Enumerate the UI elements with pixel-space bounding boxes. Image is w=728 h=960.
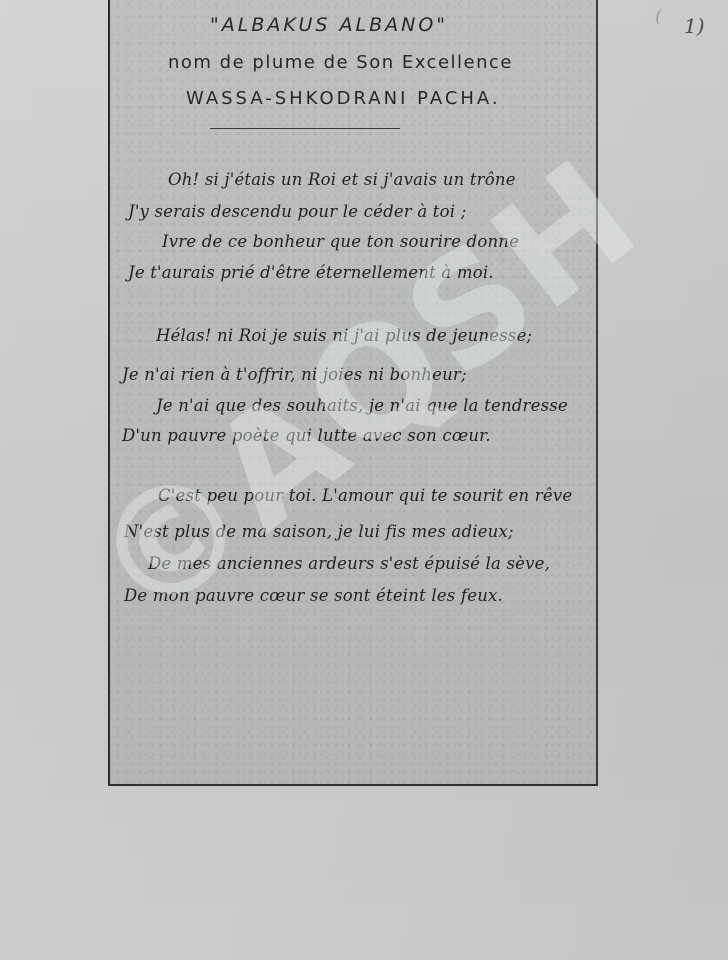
page-number: 1) bbox=[684, 14, 705, 38]
poem-line: D'un pauvre poète qui lutte avec son cœu… bbox=[122, 426, 491, 445]
poem-line: Je n'ai que des souhaits, je n'ai que la… bbox=[156, 396, 568, 415]
poem-line: Hélas! ni Roi je suis ni j'ai plus de je… bbox=[156, 326, 532, 345]
document-subtitle: nom de plume de Son Excellence bbox=[168, 52, 513, 73]
poem-line: N'est plus de ma saison, je lui fis mes … bbox=[124, 522, 514, 541]
poem-line: Je t'aurais prié d'être éternellement à … bbox=[128, 263, 494, 282]
document-title: "ALBAKUS ALBANO" bbox=[210, 14, 448, 36]
poem-line: De mes anciennes ardeurs s'est épuisé la… bbox=[148, 554, 550, 573]
poem-line: J'y serais descendu pour le céder à toi … bbox=[128, 202, 466, 221]
poem-line: C'est peu pour toi. L'amour qui te souri… bbox=[158, 486, 572, 505]
document-author: WASSA-SHKODRANI PACHA. bbox=[186, 88, 501, 109]
poem-line: Je n'ai rien à t'offrir, ni joies ni bon… bbox=[122, 365, 467, 384]
header-divider bbox=[210, 128, 400, 129]
poem-line: De mon pauvre cœur se sont éteint les fe… bbox=[124, 586, 503, 605]
poem-line: Ivre de ce bonheur que ton sourire donne bbox=[162, 232, 519, 251]
page-mark: ( bbox=[655, 6, 662, 27]
poem-line: Oh! si j'étais un Roi et si j'avais un t… bbox=[168, 170, 516, 189]
photocopy-sheet: "ALBAKUS ALBANO" nom de plume de Son Exc… bbox=[108, 0, 598, 786]
